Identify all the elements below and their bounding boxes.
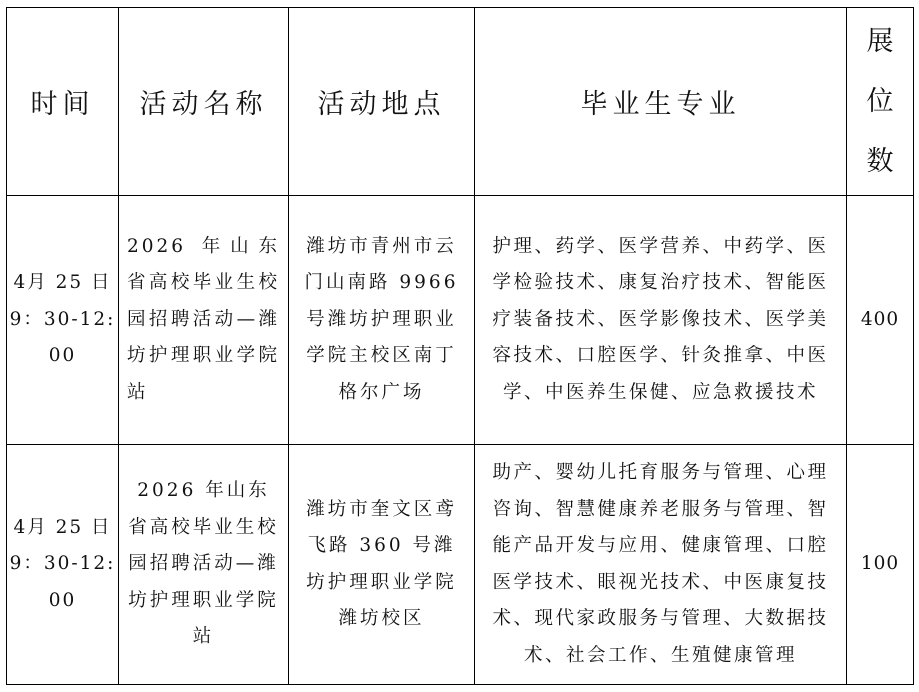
header-booths-char: 展 <box>847 12 913 72</box>
header-activity-name: 活动名称 <box>119 8 289 196</box>
header-row: 时间 活动名称 活动地点 毕业生专业 展 位 数 <box>7 8 914 196</box>
majors-cell: 助产、婴幼儿托育服务与管理、心理咨询、智慧健康养老服务与管理、智能产品开发与应用… <box>475 445 847 685</box>
time-text: 9：30-12: <box>7 546 118 583</box>
majors-cell: 护理、药学、医学营养、中药学、医学检验技术、康复治疗技术、智能医疗装备技术、医学… <box>475 196 847 445</box>
date-text: 4月 25 日 <box>7 510 118 547</box>
booth-count-cell: 400 <box>847 196 914 445</box>
booth-count-cell: 100 <box>847 445 914 685</box>
date-text: 4月 25 日 <box>7 265 118 302</box>
header-time: 时间 <box>7 8 119 196</box>
time-text-cont: 00 <box>7 583 118 620</box>
header-booths-char: 位 <box>847 72 913 132</box>
header-location: 活动地点 <box>289 8 475 196</box>
location-cell: 潍坊市青州市云门山南路 9966 号潍坊护理职业学院主校区南丁格尔广场 <box>289 196 475 445</box>
job-fair-table: 时间 活动名称 活动地点 毕业生专业 展 位 数 4月 25 日 9：30-12… <box>6 7 914 685</box>
header-booths-char: 数 <box>847 132 913 192</box>
table-row: 4月 25 日 9：30-12: 00 2026 年山东省高校毕业生校园招聘活动… <box>7 445 914 685</box>
activity-name-cell: 2026 年山东省高校毕业生校园招聘活动—潍坊护理职业学院站 <box>119 196 289 445</box>
location-cell: 潍坊市奎文区鸢飞路 360 号潍坊护理职业学院潍坊校区 <box>289 445 475 685</box>
time-cell: 4月 25 日 9：30-12: 00 <box>7 196 119 445</box>
header-majors: 毕业生专业 <box>475 8 847 196</box>
header-booths: 展 位 数 <box>847 8 914 196</box>
time-text-cont: 00 <box>7 338 118 375</box>
time-cell: 4月 25 日 9：30-12: 00 <box>7 445 119 685</box>
time-text: 9：30-12: <box>7 302 118 339</box>
table-row: 4月 25 日 9：30-12: 00 2026 年山东省高校毕业生校园招聘活动… <box>7 196 914 445</box>
activity-name-cell: 2026 年山东省高校毕业生校园招聘活动—潍坊护理职业学院站 <box>119 445 289 685</box>
